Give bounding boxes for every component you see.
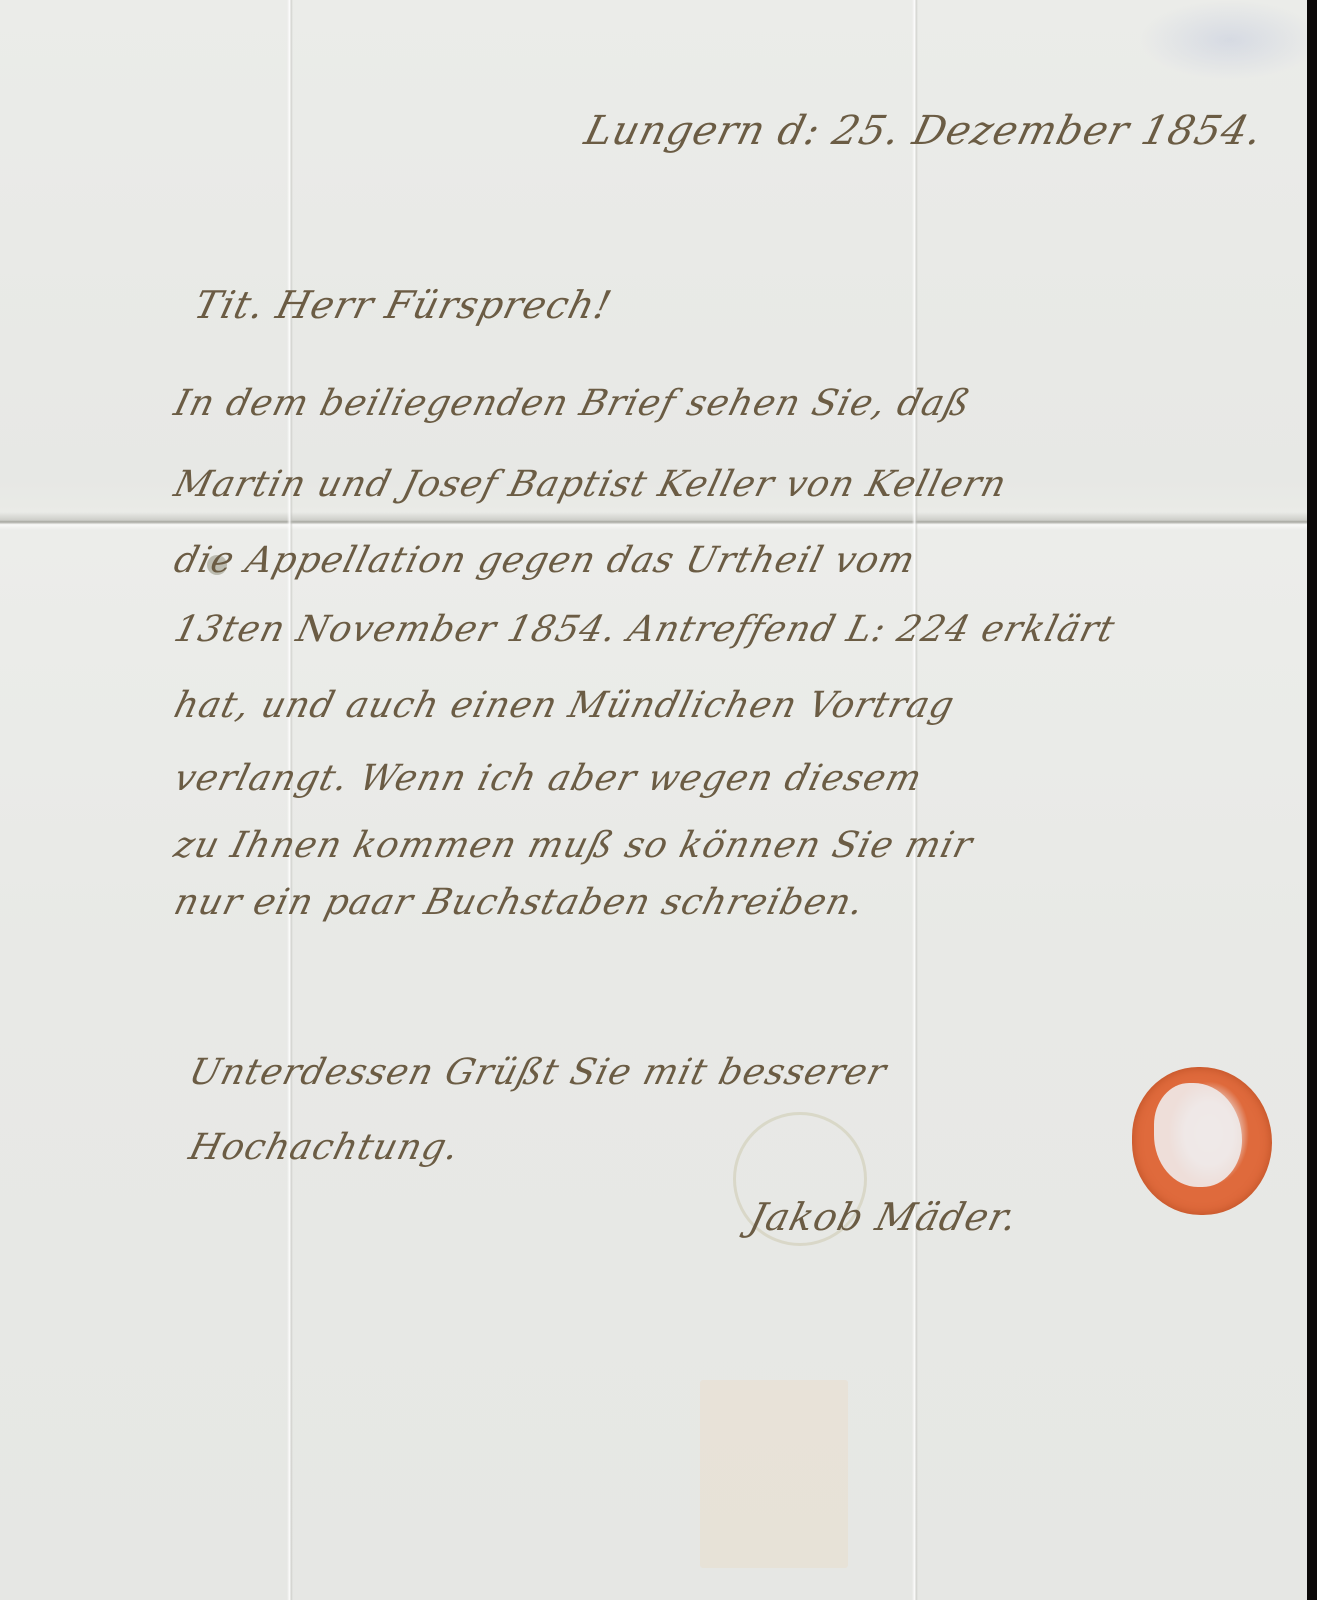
body-line: Martin und Josef Baptist Keller von Kell… [170, 464, 1011, 505]
horizontal-fold-crease [0, 512, 1307, 530]
scan-border [1307, 0, 1317, 1600]
closing-line: Hochachtung. [185, 1127, 464, 1168]
letter-paper: Lungern d: 25. Dezember 1854. Tit. Herr … [0, 0, 1307, 1600]
vertical-fold-crease-left [287, 0, 293, 1600]
wax-seal [1132, 1067, 1272, 1215]
body-line: nur ein paar Buchstaben schreiben. [170, 882, 869, 923]
stamp-remnant [700, 1380, 848, 1568]
vertical-fold-crease-right [912, 0, 918, 1600]
date-line: Lungern d: 25. Dezember 1854. [580, 108, 1268, 154]
signature: Jakob Mäder. [745, 1195, 1023, 1239]
body-line: verlangt. Wenn ich aber wegen diesem [170, 758, 926, 799]
body-line: zu Ihnen kommen muß so können Sie mir [170, 825, 977, 866]
body-line: hat, und auch einen Mündlichen Vortrag [170, 685, 959, 726]
wax-seal-paper-residue [1154, 1083, 1242, 1187]
closing-line: Unterdessen Grüßt Sie mit besserer [185, 1052, 891, 1093]
body-line: 13ten November 1854. Antreffend L: 224 e… [170, 609, 1119, 650]
body-line: die Appellation gegen das Urtheil vom [170, 540, 920, 581]
salutation: Tit. Herr Fürsprech! [190, 283, 616, 327]
body-line: In dem beiliegenden Brief sehen Sie, daß [170, 383, 975, 424]
